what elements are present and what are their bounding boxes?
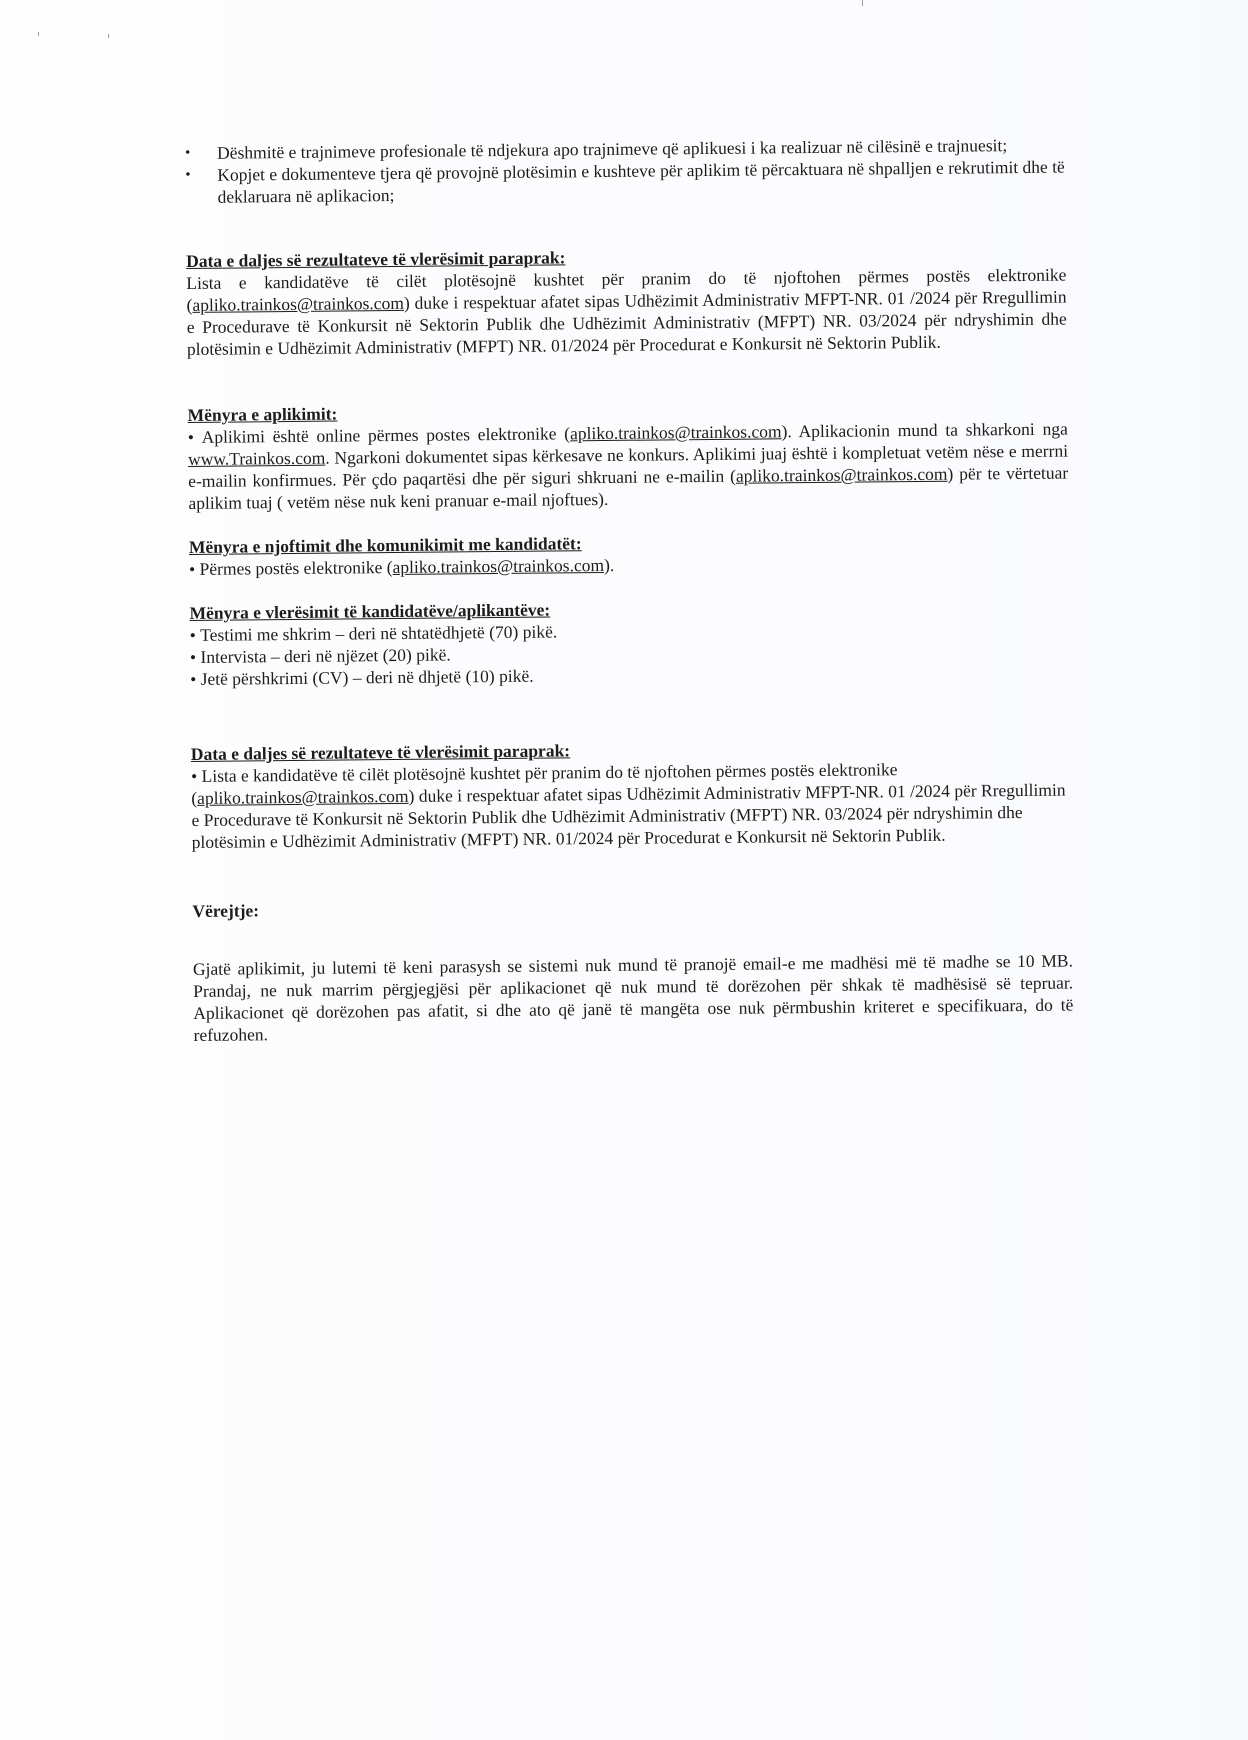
remark-section: Vërejtje: Gjatë aplikimit, ju lutemi të … <box>192 892 1073 1046</box>
notification-section: Mënyra e njoftimit dhe komunikimit me ka… <box>189 528 1069 580</box>
email-link[interactable]: apliko.trainkos@trainkos.com <box>197 786 409 808</box>
paragraph-text: ). Aplikacionin mund ta shkarkoni nga <box>781 419 1067 442</box>
section-paragraph: Lista e kandidatëve të cilët plotësojnë … <box>186 264 1067 360</box>
application-method-section: Mënyra e aplikimit: Aplikimi është onlin… <box>188 396 1069 514</box>
list-item: Kopjet e dokumenteve tjera që provojnë p… <box>185 156 1065 208</box>
website-link[interactable]: www.Trainkos.com <box>188 448 325 469</box>
section-paragraph: Aplikimi është online përmes postes elek… <box>188 418 1069 514</box>
remark-paragraph: Gjatë aplikimit, ju lutemi të keni paras… <box>193 950 1074 1046</box>
required-documents-list: Dëshmitë e trajnimeve profesionale të nd… <box>185 134 1066 208</box>
scan-speck <box>862 0 863 6</box>
scan-speck <box>108 34 109 38</box>
remark-heading: Vërejtje: <box>192 892 1072 922</box>
scan-speck <box>38 32 39 36</box>
paragraph-text: ). <box>604 555 614 575</box>
section-paragraph: Lista e kandidatëve të cilët plotësojnë … <box>191 757 1072 853</box>
email-link[interactable]: apliko.trainkos@trainkos.com <box>392 555 604 577</box>
email-link[interactable]: apliko.trainkos@trainkos.com <box>736 464 948 486</box>
paragraph-text: Përmes postës elektronike ( <box>200 557 393 579</box>
preliminary-results-section: Data e daljes së rezultateve të vlerësim… <box>186 242 1067 360</box>
email-link[interactable]: apliko.trainkos@trainkos.com <box>570 421 782 443</box>
document-body: Dëshmitë e trajnimeve profesionale të nd… <box>185 134 1074 1046</box>
paragraph-text: Aplikimi është online përmes postes elek… <box>202 423 571 447</box>
preliminary-results-section-2: Data e daljes së rezultateve të vlerësim… <box>191 735 1072 853</box>
evaluation-section: Mënyra e vlerësimit të kandidatëve/aplik… <box>189 594 1070 690</box>
email-link[interactable]: apliko.trainkos@trainkos.com <box>192 293 404 315</box>
scanned-page: Dëshmitë e trajnimeve profesionale të nd… <box>0 0 1248 1740</box>
